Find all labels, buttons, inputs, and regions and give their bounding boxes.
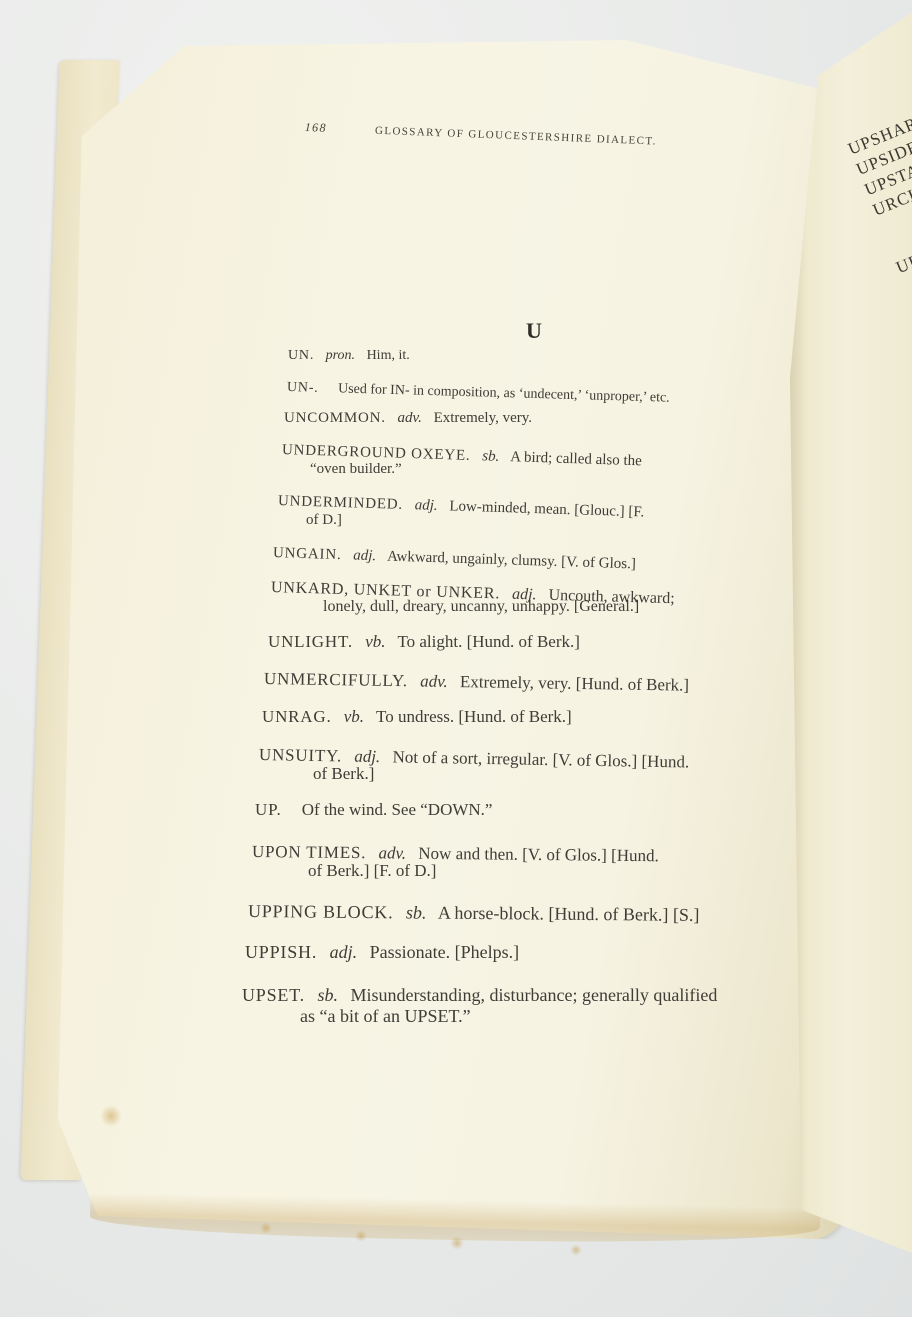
headword: UNDERMINDED.: [278, 493, 403, 513]
foxing-spot: [570, 1244, 582, 1256]
headword: UNCOMMON.: [284, 410, 386, 426]
headword: UN-.: [287, 380, 319, 396]
foxing-spot: [100, 1105, 122, 1127]
part-of-speech: adj.: [354, 747, 380, 766]
headword: UNRAG.: [262, 707, 332, 726]
foxing-spot: [450, 1236, 464, 1250]
page-number: 168: [304, 120, 327, 135]
definition: Of the wind. See “DOWN.”: [302, 800, 493, 819]
headword: UPSET.: [242, 985, 305, 1005]
headword: UNMERCIFULLY.: [264, 669, 408, 690]
definition: Passionate. [Phelps.]: [370, 942, 519, 962]
glossary-entry: UNLIGHT. vb. To alight. [Hund. of Berk.]: [268, 632, 580, 651]
headword: UNDERGROUND OXEYE.: [282, 442, 471, 464]
headword: UNSUITY.: [259, 745, 342, 765]
definition: Misunderstanding, disturbance; generally…: [351, 985, 718, 1005]
definition: A bird; called also the: [510, 449, 642, 469]
glossary-entry: UPPING BLOCK. sb. A horse-block. [Hund. …: [248, 902, 699, 921]
part-of-speech: pron.: [326, 348, 355, 363]
part-of-speech: sb.: [482, 448, 500, 465]
foxing-spot: [260, 1222, 272, 1234]
headword: UPPISH.: [245, 942, 317, 962]
headword: UN.: [288, 348, 314, 363]
part-of-speech: adv.: [378, 843, 406, 862]
headword: UNLIGHT.: [268, 632, 353, 651]
glossary-entry: UNDERGROUND OXEYE. sb. A bird; called al…: [282, 441, 642, 479]
glossary-entry: UNSUITY. adj. Not of a sort, irregular. …: [259, 745, 689, 783]
definition: Low-minded, mean. [Glouc.] [F.: [449, 498, 644, 520]
part-of-speech: adv.: [420, 671, 448, 690]
headword: UNGAIN.: [273, 545, 342, 563]
part-of-speech: adj.: [330, 942, 358, 962]
glossary-entry: UNKARD, UNKET or UNKER. adj. Uncouth, aw…: [271, 578, 675, 616]
glossary-entry: UNGAIN. adj. Awkward, ungainly, clumsy. …: [273, 544, 636, 563]
part-of-speech: adj.: [353, 548, 376, 565]
part-of-speech: sb.: [317, 985, 338, 1005]
part-of-speech: vb.: [344, 707, 364, 726]
glossary-entry: UPPISH. adj. Passionate. [Phelps.]: [245, 943, 519, 962]
glossary-entry: UNRAG. vb. To undress. [Hund. of Berk.]: [262, 707, 572, 726]
glossary-entry: UP. Of the wind. See “DOWN.”: [255, 800, 492, 819]
definition: Uncouth, awkward;: [548, 587, 675, 608]
part-of-speech: adv.: [398, 410, 422, 426]
foxing-spot: [355, 1230, 367, 1242]
glossary-entry: UNDERMINDED. adj. Low-minded, mean. [Glo…: [278, 492, 644, 530]
section-letter: U: [526, 318, 542, 344]
part-of-speech: adj.: [512, 586, 537, 604]
glossary-entry: UN. pron. Him, it.: [288, 346, 410, 365]
part-of-speech: sb.: [406, 902, 427, 922]
glossary-entry: UN-. Used for IN- in composition, as ‘un…: [287, 378, 670, 397]
definition-continuation: as “a bit of an UPSET.”: [242, 1006, 717, 1027]
glossary-entry: UPSET. sb. Misunderstanding, disturbance…: [242, 985, 717, 1027]
definition: Extremely, very.: [434, 410, 532, 426]
glossary-entry: UPON TIMES. adv. Now and then. [V. of Gl…: [252, 842, 659, 880]
headword: UPPING BLOCK.: [248, 901, 394, 922]
definition: Him, it.: [367, 348, 410, 363]
definition: Now and then. [V. of Glos.] [Hund.: [418, 844, 659, 866]
definition: To undress. [Hund. of Berk.]: [376, 707, 572, 726]
glossary-entry: UNCOMMON. adv. Extremely, very.: [284, 409, 532, 428]
headword: UPON TIMES.: [252, 842, 366, 862]
definition: To alight. [Hund. of Berk.]: [397, 632, 579, 651]
part-of-speech: vb.: [365, 632, 385, 651]
definition: Extremely, very. [Hund. of Berk.]: [460, 672, 689, 695]
glossary-entry: UNMERCIFULLY. adv. Extremely, very. [Hun…: [264, 669, 689, 688]
headword: UP.: [255, 800, 282, 819]
definition: A horse-block. [Hund. of Berk.] [S.]: [438, 903, 700, 925]
part-of-speech: adj.: [414, 497, 437, 514]
